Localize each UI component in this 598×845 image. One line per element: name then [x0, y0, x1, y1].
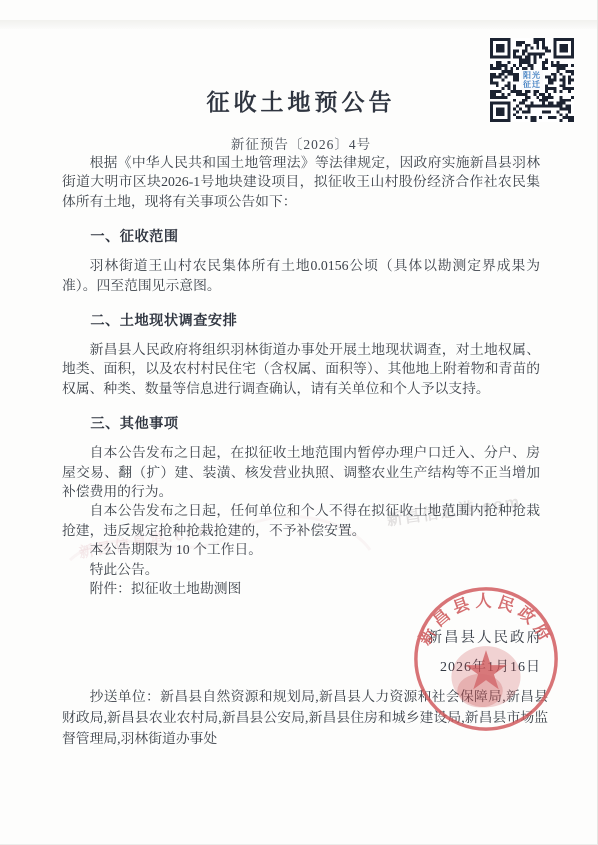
section-2-paragraph: 新昌县人民政府将组织羽林街道办事处开展土地现状调查，对土地权属、地类、面积，以及…	[62, 340, 540, 398]
section-2-heading: 二、土地现状调查安排	[62, 310, 540, 330]
section-1-heading: 一、征收范围	[62, 226, 540, 246]
issuer-name: 新昌县人民政府	[428, 626, 544, 647]
document-page: 阳光 征迁 新昌信息港.com 新昌信息港.com 征收土地预公告 新征预告〔2…	[0, 0, 598, 845]
section-1-paragraph: 羽林街道王山村农民集体所有土地0.0156公顷（具体以勘测定界成果为准）。四至范…	[62, 256, 540, 295]
attachment-line: 附件：拟征收土地勘测图	[62, 579, 540, 598]
signature-block: 新昌县人民政府 2026年1月16日	[428, 626, 544, 676]
section-3-paragraph-2: 自本公告发布之日起，任何单位和个人不得在拟征收土地范围内抢种抢栽抢建，违反规定抢…	[62, 501, 540, 540]
section-3-paragraph-1: 自本公告发布之日起，在拟征收土地范围内暂停办理户口迁入、分户、房屋交易、翻（扩）…	[62, 443, 540, 501]
cc-block: 抄送单位：新昌县自然资源和规划局,新昌县人力资源和社会保障局,新昌县财政局,新昌…	[62, 686, 548, 749]
document-body: 征收土地预公告 新征预告〔2026〕4号 根据《中华人民共和国土地管理法》等法律…	[62, 0, 540, 599]
document-number: 新征预告〔2026〕4号	[62, 133, 540, 153]
cc-list: 抄送单位：新昌县自然资源和规划局,新昌县人力资源和社会保障局,新昌县财政局,新昌…	[62, 686, 548, 749]
issue-date: 2026年1月16日	[428, 656, 544, 676]
page-title: 征收土地预公告	[62, 84, 540, 117]
section-3-heading: 三、其他事项	[62, 413, 540, 433]
notice-period-line: 本公告期限为 10 个工作日。	[62, 540, 540, 559]
hereby-announced-line: 特此公告。	[62, 560, 540, 579]
intro-paragraph: 根据《中华人民共和国土地管理法》等法律规定，因政府实施新昌县羽林街道大明市区块2…	[62, 153, 540, 211]
